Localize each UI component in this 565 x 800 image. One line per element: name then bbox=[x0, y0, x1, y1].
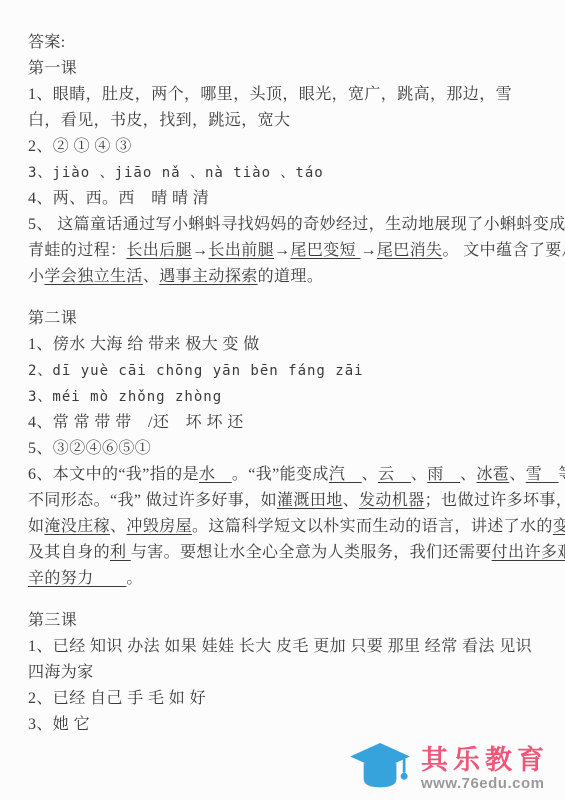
text-segment: 3、jiào 、jiāo nǎ 、nà tiào 、táo bbox=[28, 165, 324, 181]
text-segment: 6、本文中的“我”指的是 bbox=[28, 466, 199, 483]
text-segment: 、 bbox=[362, 466, 378, 483]
text-line: 1、傍水 大海 给 带来 极大 变 做 bbox=[28, 332, 547, 358]
underlined-answer-text: 雪 bbox=[526, 466, 559, 483]
underlined-answer-text: 利 bbox=[110, 544, 131, 561]
section-heading: 第三课 bbox=[28, 608, 547, 634]
text-segment: → bbox=[274, 242, 290, 259]
text-segment: 。 文中蕴含了要从 bbox=[442, 242, 565, 259]
text-segment: 与害。要想让水全心全意为人类服务，我们还需要 bbox=[131, 544, 492, 561]
text-line: 辛的努力 。 bbox=[28, 566, 547, 592]
underlined-answer-text: 长出前腿 bbox=[208, 242, 274, 259]
text-segment: → bbox=[360, 242, 376, 259]
underlined-answer-text: 学会独立生活 bbox=[44, 268, 142, 285]
text-segment: 3、她 它 bbox=[28, 716, 90, 733]
pinyin-line: 2、dī yuè cāi chōng yān bēn fáng zāi bbox=[28, 358, 547, 384]
pinyin-line: 3、jiào 、jiāo nǎ 、nà tiào 、táo bbox=[28, 160, 547, 186]
text-line: 4、常 常 带 带 /还 坏 坏 还 bbox=[28, 410, 547, 436]
text-segment: 2、已经 自己 手 毛 如 好 bbox=[28, 690, 206, 707]
text-segment: 不同形态。“我” 做过许多好事，如 bbox=[28, 492, 277, 509]
text-segment: 2、② ① ④ ③ bbox=[28, 138, 132, 155]
text-line: 6、本文中的“我”指的是水 。“我”能变成汽 、云 、雨 、冰雹、雪 等 bbox=[28, 462, 547, 488]
text-line: 2、已经 自己 手 毛 如 好 bbox=[28, 686, 547, 712]
underlined-answer-text: 遇事主动探索 bbox=[159, 268, 257, 285]
text-line: 5、③②④⑥⑤① bbox=[28, 436, 547, 462]
text-line: 4、两、西。西 晴 晴 清 bbox=[28, 186, 547, 212]
text-segment: 1、眼睛，肚皮，两个，哪里，头顶，眼光，宽广，跳高，那边，雪 bbox=[28, 86, 512, 103]
text-line: 2、② ① ④ ③ bbox=[28, 134, 547, 160]
text-segment: 、 bbox=[509, 466, 525, 483]
text-segment: 1、已经 知识 办法 如果 娃娃 长大 皮毛 更加 只要 那里 经常 看法 见识 bbox=[28, 638, 532, 655]
logo-brand: 其乐教育 bbox=[421, 745, 549, 775]
brand-logo: 其乐教育 www.76edu.com bbox=[350, 742, 549, 796]
text-line: 小学会独立生活、遇事主动探索的道理。 bbox=[28, 264, 547, 290]
text-line: 1、已经 知识 办法 如果 娃娃 长大 皮毛 更加 只要 那里 经常 看法 见识 bbox=[28, 634, 547, 660]
text-line: 及其自身的利 与害。要想让水全心全意为人类服务，我们还需要付出许多艰 bbox=[28, 540, 547, 566]
text-line: 5、 这篇童话通过写小蝌蚪寻找妈妈的奇妙经过，生动地展现了小蝌蚪变成 bbox=[28, 212, 547, 238]
underlined-answer-text: 冲毁房屋 bbox=[126, 518, 192, 535]
text-segment: 1、傍水 大海 给 带来 极大 变 做 bbox=[28, 336, 260, 353]
text-segment: 青蛙的过程： bbox=[28, 242, 126, 259]
text-segment: 5、③②④⑥⑤① bbox=[28, 440, 151, 457]
underlined-answer-text: 长出后腿 bbox=[126, 242, 192, 259]
text-segment: 2、dī yuè cāi chōng yān bēn fáng zāi bbox=[28, 363, 364, 379]
text-segment: 4、两、西。西 晴 晴 清 bbox=[28, 190, 209, 207]
text-segment: 四海为家 bbox=[28, 664, 94, 681]
text-segment: 的道理。 bbox=[258, 268, 324, 285]
underlined-answer-text: 尾巴消失 bbox=[377, 242, 443, 259]
logo-text-block: 其乐教育 www.76edu.com bbox=[421, 745, 549, 793]
underlined-answer-text: 付出许多艰 bbox=[492, 544, 565, 561]
underlined-answer-text: 汽 bbox=[329, 466, 362, 483]
text-line: 四海为家 bbox=[28, 660, 547, 686]
text-segment: 小 bbox=[28, 268, 44, 285]
section-heading: 第二课 bbox=[28, 306, 547, 332]
lesson-section: 第一课1、眼睛，肚皮，两个，哪里，头顶，眼光，宽广，跳高，那边，雪白，看见，书皮… bbox=[28, 56, 547, 290]
underlined-answer-text: 淹没庄稼 bbox=[44, 518, 110, 535]
lesson-section: 第二课1、傍水 大海 给 带来 极大 变 做2、dī yuè cāi chōng… bbox=[28, 306, 547, 592]
text-line: 青蛙的过程：长出后腿→长出前腿→尾巴变短 →尾巴消失。 文中蕴含了要从 bbox=[28, 238, 547, 264]
text-segment: 、 bbox=[460, 466, 476, 483]
text-line: 白，看见，书皮，找到，跳远，宽大 bbox=[28, 108, 547, 134]
text-line: 如淹没庄稼、冲毁房屋。这篇科学短文以朴实而生动的语言，讲述了水的变化 bbox=[28, 514, 547, 540]
text-segment: 等 bbox=[559, 466, 565, 483]
underlined-answer-text: 冰雹 bbox=[477, 466, 510, 483]
underlined-answer-text: 发动机器 bbox=[359, 492, 425, 509]
underlined-answer-text: 尾巴变短 bbox=[290, 242, 360, 259]
underlined-answer-text: 雨 bbox=[427, 466, 460, 483]
text-segment: 。这篇科学短文以朴实而生动的语言，讲述了水的 bbox=[192, 518, 553, 535]
text-line: 3、她 它 bbox=[28, 712, 547, 738]
underlined-answer-text: 辛的努力 bbox=[28, 570, 126, 587]
text-segment: 、 bbox=[143, 268, 159, 285]
text-segment: 如 bbox=[28, 518, 44, 535]
graduation-cap-icon bbox=[350, 742, 412, 796]
underlined-answer-text: 变化 bbox=[553, 518, 565, 535]
text-segment: 。“我”能变成 bbox=[232, 466, 329, 483]
text-segment: 白，看见，书皮，找到，跳远，宽大 bbox=[28, 112, 290, 129]
underlined-answer-text: 灌溉田地 bbox=[277, 492, 343, 509]
section-heading: 第一课 bbox=[28, 56, 547, 82]
answer-sheet-page: 答案: 第一课1、眼睛，肚皮，两个，哪里，头顶，眼光，宽广，跳高，那边，雪白，看… bbox=[0, 0, 565, 738]
text-segment: 、 bbox=[110, 518, 126, 535]
document-body: 第一课1、眼睛，肚皮，两个，哪里，头顶，眼光，宽广，跳高，那边，雪白，看见，书皮… bbox=[28, 56, 547, 738]
text-segment: 、 bbox=[343, 492, 359, 509]
text-line: 1、眼睛，肚皮，两个，哪里，头顶，眼光，宽广，跳高，那边，雪 bbox=[28, 82, 547, 108]
underlined-answer-text: 水 bbox=[199, 466, 232, 483]
underlined-answer-text: 云 bbox=[378, 466, 411, 483]
text-segment: 及其自身的 bbox=[28, 544, 110, 561]
text-segment: 4、常 常 带 带 /还 坏 坏 还 bbox=[28, 414, 244, 431]
text-segment: 、 bbox=[411, 466, 427, 483]
text-line: 不同形态。“我” 做过许多好事，如灌溉田地、发动机器；也做过许多坏事， bbox=[28, 488, 547, 514]
text-segment: → bbox=[192, 242, 208, 259]
text-segment: 。 bbox=[126, 570, 142, 587]
text-segment: ；也做过许多坏事， bbox=[425, 492, 565, 509]
doc-intro: 答案: bbox=[28, 30, 547, 56]
logo-url: www.76edu.com bbox=[421, 775, 544, 793]
lesson-section: 第三课1、已经 知识 办法 如果 娃娃 长大 皮毛 更加 只要 那里 经常 看法… bbox=[28, 608, 547, 738]
pinyin-line: 3、méi mò zhǒng zhòng bbox=[28, 384, 547, 410]
text-segment: 3、méi mò zhǒng zhòng bbox=[28, 389, 222, 405]
text-segment: 5、 这篇童话通过写小蝌蚪寻找妈妈的奇妙经过，生动地展现了小蝌蚪变成 bbox=[28, 216, 565, 233]
